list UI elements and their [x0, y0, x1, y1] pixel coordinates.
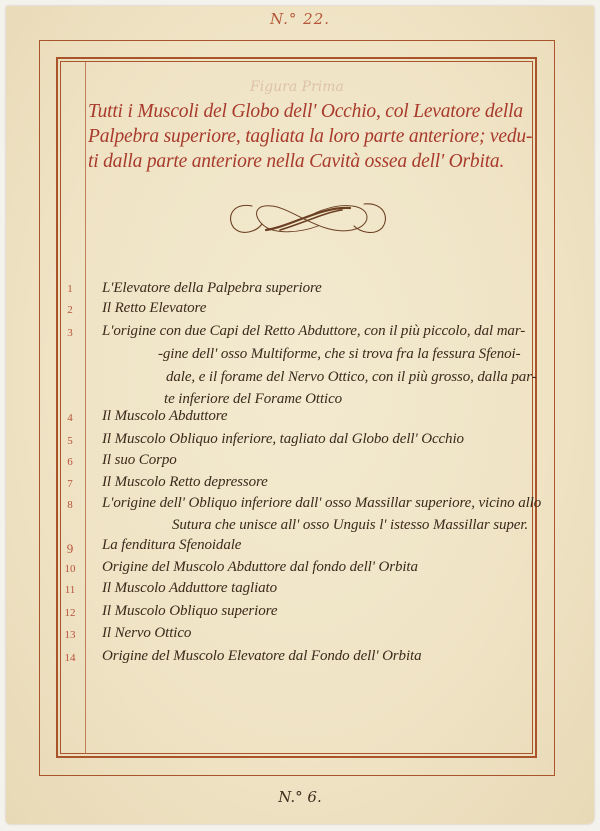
- legend-item-continuation: dale, e il forame del Nervo Ottico, con …: [166, 369, 537, 386]
- legend-item: L'Elevatore della Palpebra superiore: [102, 280, 322, 297]
- item-number: 7: [64, 478, 76, 490]
- legend-item: Il Muscolo Adduttore tagliato: [102, 580, 277, 597]
- item-number: 11: [64, 584, 76, 596]
- item-number: 13: [64, 629, 76, 641]
- legend-item: Il Muscolo Obliquo superiore: [102, 603, 277, 620]
- item-number: 5: [64, 435, 76, 447]
- item-number: 10: [64, 563, 76, 575]
- legend-item: L'origine dell' Obliquo inferiore dall' …: [102, 495, 541, 512]
- legend-item: Il Nervo Ottico: [102, 625, 191, 642]
- legend-item: Il Muscolo Retto depressore: [102, 474, 268, 491]
- legend-item: Origine del Muscolo Abduttore dal fondo …: [102, 559, 418, 576]
- item-number: 9: [64, 541, 76, 557]
- item-number: 1: [64, 283, 76, 295]
- item-number: 8: [64, 499, 76, 511]
- legend-item-continuation: te inferiore del Forame Ottico: [164, 391, 342, 408]
- sheet-number: N.° 6.: [0, 788, 600, 806]
- legend-list: 1 L'Elevatore della Palpebra superiore 2…: [0, 0, 600, 831]
- legend-item: L'origine con due Capi del Retto Abdutto…: [102, 323, 525, 340]
- item-number: 2: [64, 304, 76, 316]
- legend-item: Il Muscolo Abduttore: [102, 408, 228, 425]
- legend-item: Il Muscolo Obliquo inferiore, tagliato d…: [102, 431, 464, 448]
- item-number: 12: [64, 607, 76, 619]
- legend-item: Il Retto Elevatore: [102, 300, 206, 317]
- item-number: 4: [64, 412, 76, 424]
- item-number: 3: [64, 327, 76, 339]
- item-number: 6: [64, 456, 76, 468]
- legend-item: Origine del Muscolo Elevatore dal Fondo …: [102, 648, 421, 665]
- legend-item: Il suo Corpo: [102, 452, 177, 469]
- legend-item: La fenditura Sfenoidale: [102, 537, 241, 554]
- legend-item-continuation: -gine dell' osso Multiforme, che si trov…: [158, 346, 520, 363]
- item-number: 14: [64, 652, 76, 664]
- legend-item-continuation: Sutura che unisce all' osso Unguis l' is…: [172, 517, 528, 534]
